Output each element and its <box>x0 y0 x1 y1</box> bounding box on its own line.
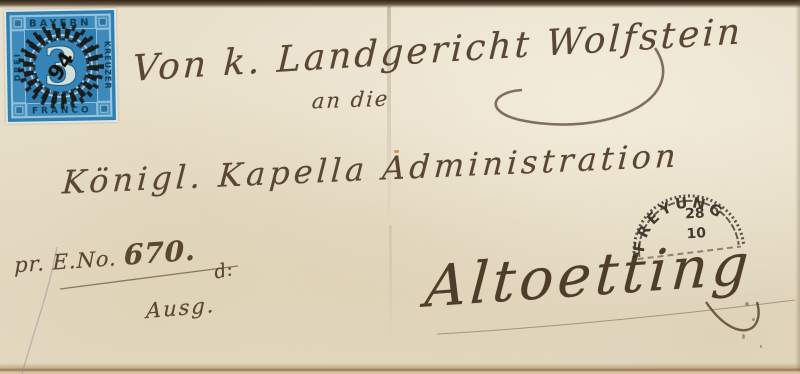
svg-text:FREYUNG: FREYUNG <box>624 189 733 256</box>
clerk-mark-d: d: <box>212 258 235 283</box>
address-line-recipient: Königl. Kapella Administration <box>61 136 681 201</box>
paper-speck <box>742 334 745 339</box>
fold-crease-lower <box>389 225 392 345</box>
stamp-right-label: KREUZER <box>103 41 113 90</box>
registry-prefix: pr. E.No. <box>14 246 117 277</box>
postal-cover: BAYERN FRANCO DREI KREUZER 3 94 Von k. L… <box>0 0 800 374</box>
registry-number: 670. <box>124 234 196 272</box>
address-line-sender: Von k. Landgericht Wolfstein <box>132 11 744 90</box>
paper-speck <box>752 318 755 321</box>
postmark-town: FREYUNG <box>624 189 733 256</box>
postage-stamp: BAYERN FRANCO DREI KREUZER 3 94 <box>4 8 118 124</box>
clerk-mark-ausg: Ausg. <box>146 293 216 323</box>
postmark: FREYUNG 28 10 <box>601 154 771 298</box>
postmark-day: 28 <box>685 205 705 222</box>
photo-edge-top <box>0 0 800 8</box>
paper-edge-bottom <box>0 363 800 374</box>
postmark-chord <box>638 246 741 259</box>
photo-edge-right <box>795 0 800 374</box>
postmark-month: 10 <box>686 225 707 242</box>
stamp-country-label: BAYERN <box>29 17 92 29</box>
stamp-left-label: DREI <box>13 52 23 81</box>
flourish-destination-tail <box>706 302 759 330</box>
paper-speck <box>760 345 762 348</box>
address-line-an-die: an die <box>311 87 390 114</box>
paper-speck <box>745 302 749 306</box>
registry-note: pr. E.No.670. <box>14 234 196 280</box>
